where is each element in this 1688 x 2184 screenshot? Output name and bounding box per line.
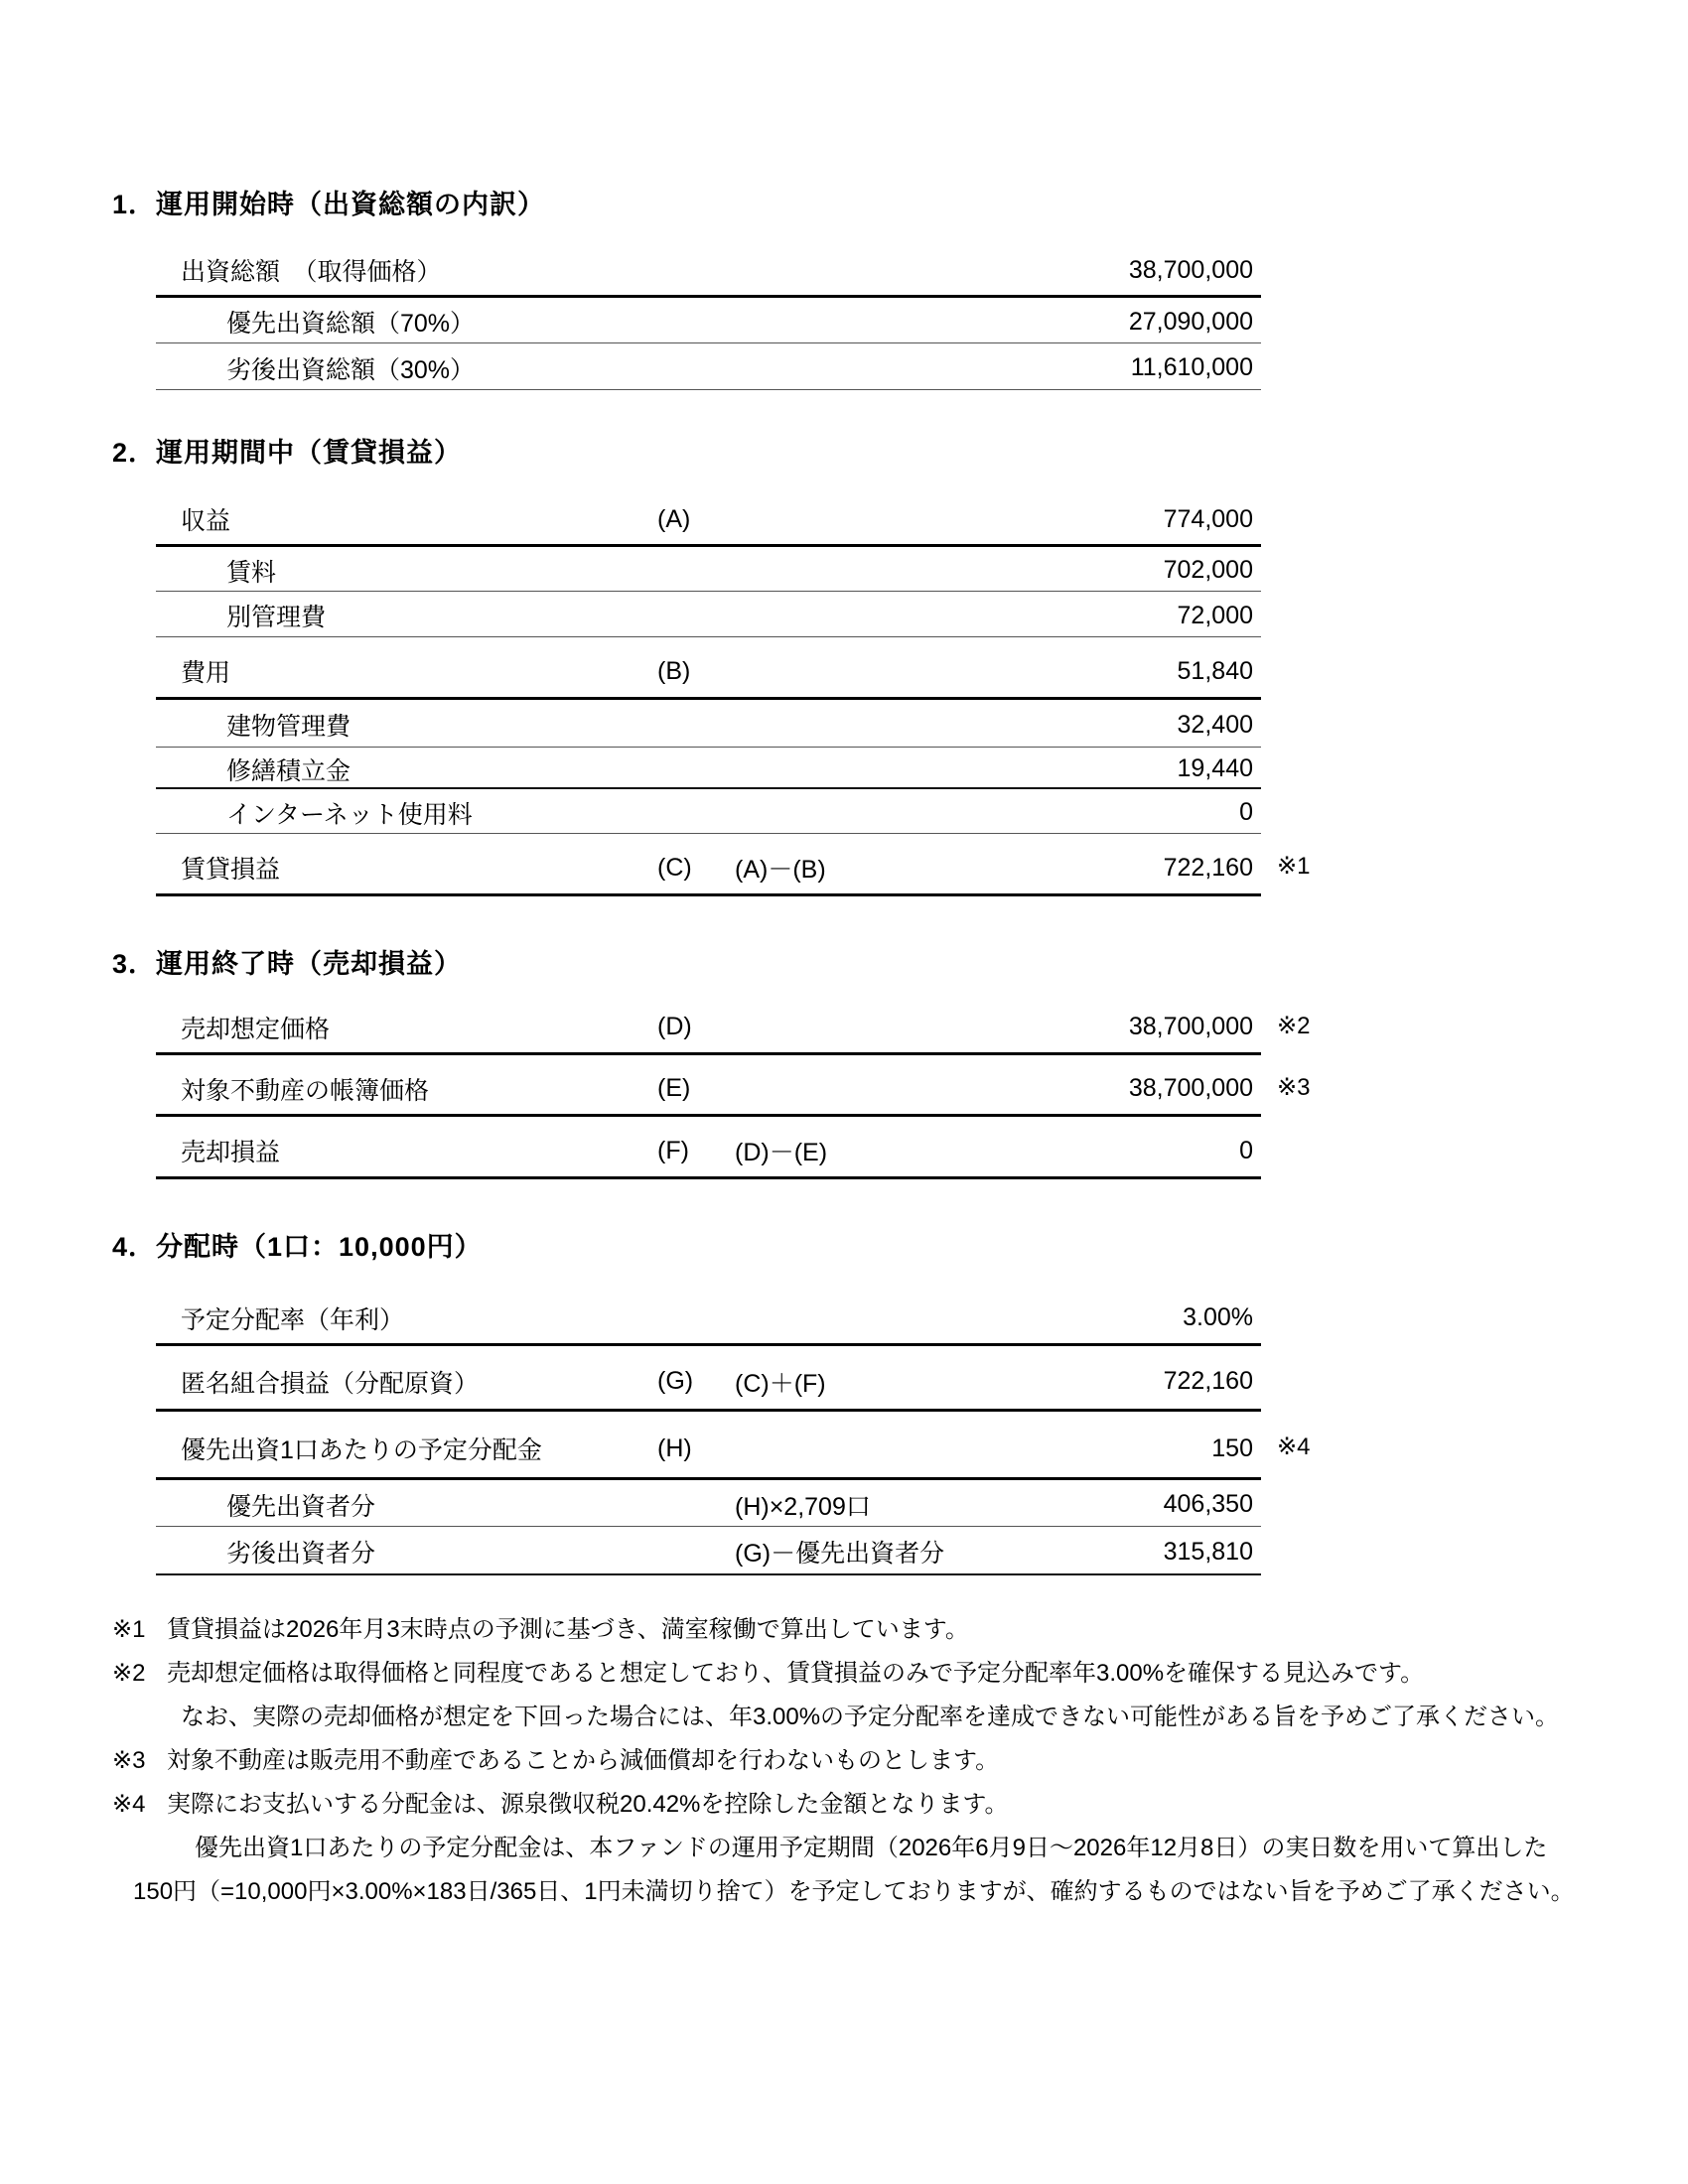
section-title-4: 4．分配時（1口：10,000円） xyxy=(112,1231,1562,1263)
table-row: 賃料 702,000 xyxy=(156,547,1261,592)
table-row: 建物管理費 32,400 xyxy=(156,700,1261,748)
section-2-table: 収益 (A) 774,000 賃料 702,000 別管理費 72,000 xyxy=(156,486,1261,896)
row-value: 0 xyxy=(1077,1137,1261,1165)
footnote-2: ※2 売却想定価格は取得価格と同程度であると想定しており、賃貸損益のみで予定分配… xyxy=(112,1652,1562,1739)
section-3-table: 売却想定価格 (D) 38,700,000 ※2 対象不動産の帳簿価格 (E) … xyxy=(156,994,1261,1179)
table-row: 優先出資者分 (H)×2,709口 406,350 xyxy=(156,1480,1261,1527)
footnote-line: 優先出資1口あたりの予定分配金は、本ファンドの運用予定期間（2026年6月9日～… xyxy=(167,1827,1575,1870)
footnote-4: ※4 実際にお支払いする分配金は、源泉徴収税20.42%を控除した金額となります… xyxy=(112,1783,1562,1914)
table-row: 収益 (A) 774,000 xyxy=(156,486,1261,547)
row-label: 売却損益 xyxy=(156,1133,657,1168)
footnote-line: 売却想定価格は取得価格と同程度であると想定しており、賃貸損益のみで予定分配率年3… xyxy=(167,1652,1562,1696)
document-page: 1．運用開始時（出資総額の内訳） 出資総額 （取得価格） 38,700,000 … xyxy=(0,0,1688,2184)
row-value: 38,700,000 xyxy=(1077,256,1261,285)
row-formula: (D)－(E) xyxy=(735,1133,1077,1168)
row-letter: (B) xyxy=(657,657,735,686)
table-row: 売却損益 (F) (D)－(E) 0 xyxy=(156,1117,1261,1179)
row-value: 315,810 xyxy=(1077,1538,1261,1567)
row-letter: (F) xyxy=(657,1137,735,1165)
row-label: 優先出資者分 xyxy=(156,1487,657,1523)
footnote-line: なお、実際の売却価格が想定を下回った場合には、年3.00%の予定分配率を達成でき… xyxy=(167,1696,1562,1739)
table-row: 予定分配率（年利） 3.00% xyxy=(156,1285,1261,1346)
row-note: ※4 xyxy=(1277,1433,1310,1461)
row-letter: (H) xyxy=(657,1434,735,1463)
footnote-3: ※3 対象不動産は販売用不動産であることから減価償却を行わないものとします。 xyxy=(112,1739,1562,1783)
row-value: 38,700,000 xyxy=(1077,1013,1261,1041)
row-value: 406,350 xyxy=(1077,1490,1261,1519)
footnote-marker: ※3 xyxy=(112,1739,167,1783)
row-formula: (G)－優先出資者分 xyxy=(735,1534,1077,1570)
document-content: 1．運用開始時（出資総額の内訳） 出資総額 （取得価格） 38,700,000 … xyxy=(112,0,1562,1914)
footnote-line: 150円（=10,000円×3.00%×183日/365日、1円未満切り捨て）を… xyxy=(133,1870,1575,1914)
footnote-line: 賃貸損益は2026年月3末時点の予測に基づき、満室稼働で算出しています。 xyxy=(167,1608,1562,1652)
row-letter: (G) xyxy=(657,1367,735,1396)
row-letter: (E) xyxy=(657,1074,735,1103)
footnotes: ※1 賃貸損益は2026年月3末時点の予測に基づき、満室稼働で算出しています。 … xyxy=(112,1608,1562,1914)
section-1-table: 出資総額 （取得価格） 38,700,000 優先出資総額（70%） 27,09… xyxy=(156,237,1261,390)
row-note: ※2 xyxy=(1277,1011,1310,1039)
row-letter: (D) xyxy=(657,1013,735,1041)
row-label: 修繕積立金 xyxy=(156,751,657,787)
row-letter: (C) xyxy=(657,854,735,883)
footnote-marker: ※4 xyxy=(112,1783,167,1827)
row-label: 劣後出資総額（30%） xyxy=(156,350,657,386)
row-label: 建物管理費 xyxy=(156,707,657,743)
section-title-3: 3．運用終了時（売却損益） xyxy=(112,948,1562,980)
table-row: 費用 (B) 51,840 xyxy=(156,637,1261,700)
row-value: 38,700,000 xyxy=(1077,1074,1261,1103)
table-row: 売却想定価格 (D) 38,700,000 ※2 xyxy=(156,994,1261,1055)
table-row: 劣後出資者分 (G)－優先出資者分 315,810 xyxy=(156,1527,1261,1575)
footnote-marker: ※2 xyxy=(112,1652,167,1696)
row-value: 722,160 xyxy=(1077,1367,1261,1396)
table-row: 修繕積立金 19,440 xyxy=(156,748,1261,789)
table-row: 劣後出資総額（30%） 11,610,000 xyxy=(156,343,1261,390)
table-row: 優先出資総額（70%） 27,090,000 xyxy=(156,298,1261,343)
row-value: 19,440 xyxy=(1077,754,1261,783)
row-value: 72,000 xyxy=(1077,602,1261,630)
row-value: 0 xyxy=(1077,798,1261,827)
row-label: 対象不動産の帳簿価格 xyxy=(156,1071,657,1107)
footnote-marker: ※1 xyxy=(112,1608,167,1652)
row-note: ※3 xyxy=(1277,1072,1310,1101)
section-title-1: 1．運用開始時（出資総額の内訳） xyxy=(112,189,1562,220)
row-formula: (A)－(B) xyxy=(735,850,1077,886)
row-value: 11,610,000 xyxy=(1077,353,1261,382)
row-value: 32,400 xyxy=(1077,711,1261,740)
row-label: 別管理費 xyxy=(156,598,657,633)
table-row: 優先出資1口あたりの予定分配金 (H) 150 ※4 xyxy=(156,1412,1261,1480)
row-label: 匿名組合損益（分配原資） xyxy=(156,1364,657,1400)
row-label: 出資総額 （取得価格） xyxy=(156,252,657,288)
row-value: 3.00% xyxy=(1077,1303,1261,1332)
row-formula: (C)＋(F) xyxy=(735,1364,1077,1400)
table-row: 対象不動産の帳簿価格 (E) 38,700,000 ※3 xyxy=(156,1055,1261,1117)
row-label: 予定分配率（年利） xyxy=(156,1300,657,1336)
row-label: 売却想定価格 xyxy=(156,1010,657,1045)
row-label: 優先出資総額（70%） xyxy=(156,304,657,340)
table-row: 別管理費 72,000 xyxy=(156,592,1261,637)
row-label: 優先出資1口あたりの予定分配金 xyxy=(156,1431,657,1466)
footnote-1: ※1 賃貸損益は2026年月3末時点の予測に基づき、満室稼働で算出しています。 xyxy=(112,1608,1562,1652)
footnote-line: 対象不動産は販売用不動産であることから減価償却を行わないものとします。 xyxy=(167,1739,1562,1783)
row-value: 27,090,000 xyxy=(1077,308,1261,337)
row-label: 賃料 xyxy=(156,553,657,589)
row-label: インターネット使用料 xyxy=(156,795,657,831)
table-row: 出資総額 （取得価格） 38,700,000 xyxy=(156,237,1261,298)
row-value: 702,000 xyxy=(1077,556,1261,585)
section-4-table: 予定分配率（年利） 3.00% 匿名組合損益（分配原資） (G) (C)＋(F)… xyxy=(156,1285,1261,1575)
row-value: 774,000 xyxy=(1077,505,1261,534)
table-row: 匿名組合損益（分配原資） (G) (C)＋(F) 722,160 xyxy=(156,1346,1261,1412)
footnote-line: 実際にお支払いする分配金は、源泉徴収税20.42%を控除した金額となります。 xyxy=(167,1783,1575,1827)
row-letter: (A) xyxy=(657,505,735,534)
section-title-2: 2．運用期間中（賃貸損益） xyxy=(112,437,1562,469)
table-row: インターネット使用料 0 xyxy=(156,789,1261,834)
row-label: 収益 xyxy=(156,501,657,537)
table-row: 賃貸損益 (C) (A)－(B) 722,160 ※1 xyxy=(156,834,1261,896)
row-value: 150 xyxy=(1077,1434,1261,1463)
row-value: 722,160 xyxy=(1077,854,1261,883)
row-label: 費用 xyxy=(156,653,657,689)
row-formula: (H)×2,709口 xyxy=(735,1487,1077,1523)
row-label: 賃貸損益 xyxy=(156,850,657,886)
row-note: ※1 xyxy=(1277,852,1310,881)
row-label: 劣後出資者分 xyxy=(156,1534,657,1570)
row-value: 51,840 xyxy=(1077,657,1261,686)
